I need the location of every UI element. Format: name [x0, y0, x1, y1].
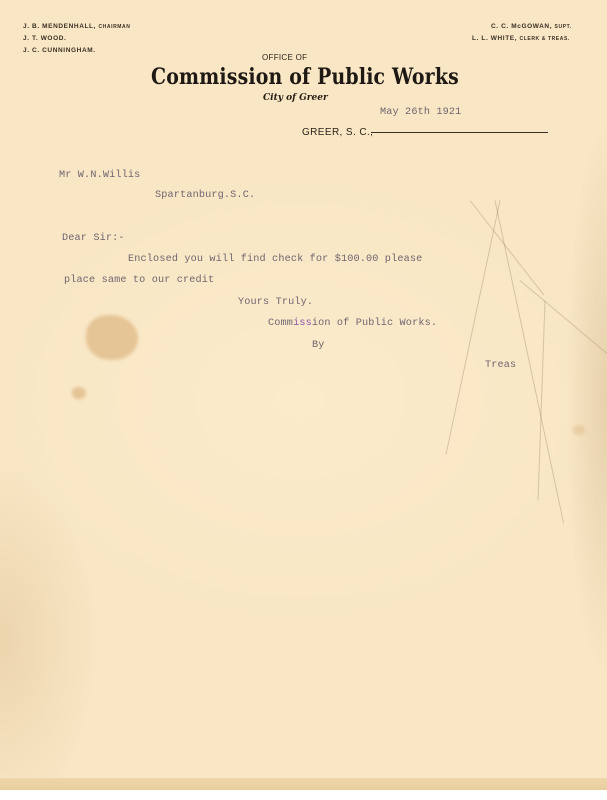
date-rule: [371, 132, 548, 133]
officer-member: J. T. WOOD.: [23, 35, 66, 42]
paper-crease: [538, 300, 546, 500]
water-stain: [86, 315, 138, 360]
recipient-name: Mr W.N.Willis: [59, 170, 140, 181]
place-line-label: GREER, S. C.,: [302, 127, 373, 138]
body-line-2: place same to our credit: [64, 275, 214, 286]
officer-clerk-treasurer: L. L. WHITE, CLERK & TREAS.: [472, 35, 570, 42]
organization-title: Commission of Public Works: [151, 64, 459, 90]
right-stain: [573, 425, 585, 435]
closing: Yours Truly.: [238, 297, 313, 308]
officer-chairman: J. B. MENDENHALL, CHAIRMAN: [23, 23, 130, 30]
officer-member: J. C. CUNNINGHAM.: [23, 47, 96, 54]
signature-organization: Commission of Public Works.: [268, 318, 437, 329]
letter-date: May 26th 1921: [380, 107, 461, 118]
paper-crease: [470, 200, 545, 295]
paper-bottom-edge: [0, 778, 607, 790]
city-name: City of Greer: [263, 93, 328, 103]
small-stain: [72, 387, 86, 399]
office-of-label: OFFICE OF: [262, 53, 307, 62]
signature-by: By: [312, 340, 325, 351]
signature-title: Treas: [485, 360, 516, 371]
paper-crease: [445, 200, 500, 455]
body-line-1: Enclosed you will find check for $100.00…: [128, 254, 422, 265]
letter-page: J. B. MENDENHALL, CHAIRMAN J. T. WOOD. J…: [0, 0, 607, 788]
recipient-city: Spartanburg.S.C.: [155, 190, 255, 201]
salutation: Dear Sir:-: [62, 233, 125, 244]
officer-superintendent: C. C. McGOWAN, SUPT.: [491, 23, 572, 30]
